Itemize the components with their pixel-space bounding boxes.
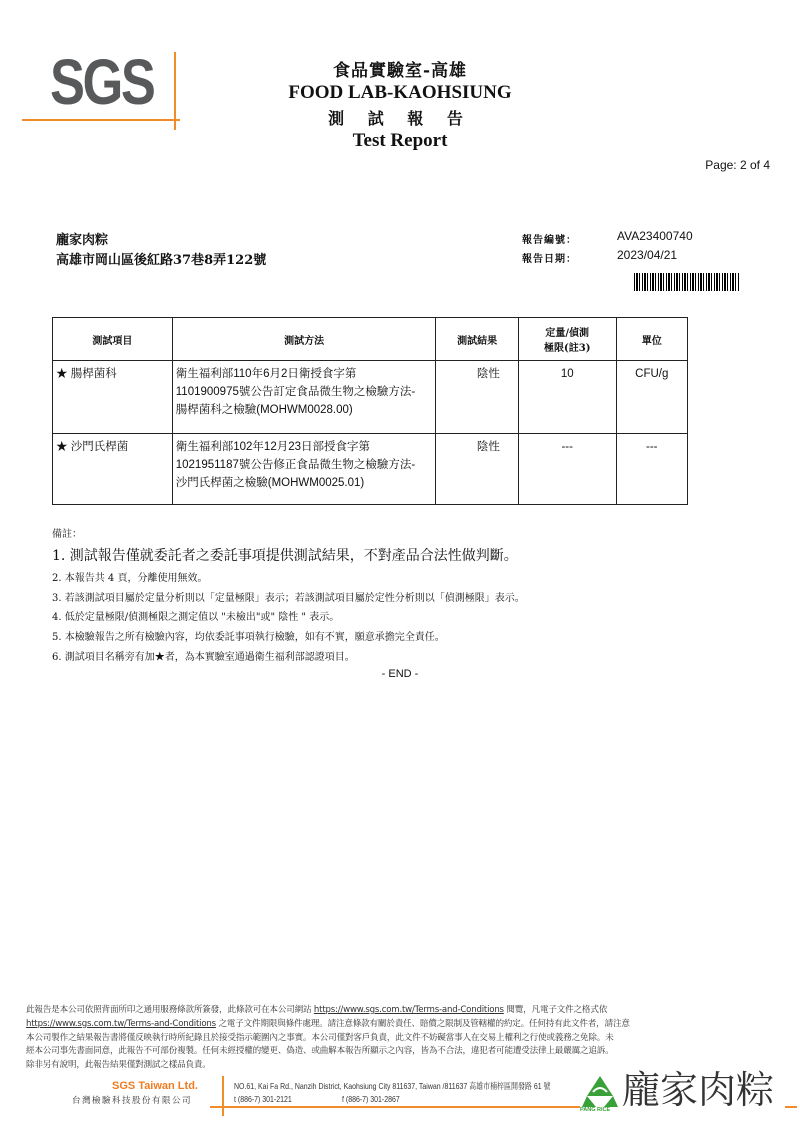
note-3: 3. 若該測試項目屬於定量分析則以「定量極限」表示；若該測試項目屬於定性分析則以… (52, 589, 525, 604)
footer-orange-line (210, 1106, 580, 1108)
note-4: 4. 低於定量極限/偵測極限之測定值以 "未檢出"或" 陰性 " 表示。 (52, 608, 339, 623)
header-test-item: 測試項目 (53, 318, 173, 361)
company-address: NO.61, Kai Fa Rd., Nanzih District, Kaoh… (234, 1080, 551, 1092)
table-header-row: 測試項目 測試方法 測試結果 定量/偵測極限(註3) 單位 (53, 318, 688, 361)
header-limit: 定量/偵測極限(註3) (518, 318, 616, 361)
sgs-logo: SGS (50, 50, 153, 114)
report-no-label: 報告編號： (522, 231, 577, 246)
brand-name: 龐家肉粽 (622, 1068, 774, 1112)
table-row: ★ 腸桿菌科 衛生福利部110年6月2日衛授食字第1101900975號公告訂定… (53, 361, 688, 434)
header-test-method: 測試方法 (172, 318, 436, 361)
client-address: 高雄市岡山區後紅路37巷8弄122號 (56, 249, 266, 268)
report-title-en: Test Report (200, 130, 600, 152)
footer-disclaimer: 此報告是本公司依照背面所印之通用服務條款所簽發，此條款可在本公司網站 https… (26, 1004, 786, 1073)
header-test-result: 測試結果 (436, 318, 519, 361)
cell-method: 衛生福利部110年6月2日衛授食字第1101900975號公告訂定食品微生物之檢… (172, 361, 436, 434)
report-date-label: 報告日期： (522, 250, 577, 265)
company-name-cn: 台灣檢驗科技股份有限公司 (72, 1094, 192, 1106)
client-name: 龐家肉粽 (56, 229, 108, 248)
cell-method: 衛生福利部102年12月23日部授食字第1021951187號公告修正食品微生物… (172, 434, 436, 505)
note-6: 6. 測試項目名稱旁有加★者，為本實驗室通過衛生福利部認證項目。 (52, 648, 355, 663)
barcode (634, 273, 740, 291)
table-row: ★ 沙門氏桿菌 衛生福利部102年12月23日部授食字第1021951187號公… (53, 434, 688, 505)
note-2: 2. 本報告共 4 頁，分離使用無效。 (52, 569, 207, 584)
logo-orange-line (22, 119, 180, 121)
note-5: 5. 本檢驗報告之所有檢驗內容，均依委託事項執行檢驗，如有不實，願意承擔完全責任… (52, 628, 445, 643)
terms-link[interactable]: https://www.sgs.com.tw/Terms-and-Conditi… (314, 1005, 504, 1015)
page-number: Page: 2 of 4 (705, 158, 770, 172)
report-title-cn: 測 試 報 告 (200, 106, 600, 129)
notes-title: 備註： (52, 525, 82, 540)
end-marker: - END - (0, 668, 800, 680)
terms-link-2[interactable]: https://www.sgs.com.tw/Terms-and-Conditi… (26, 1019, 216, 1029)
cell-result: 陰性 (436, 434, 519, 505)
company-fax: f (886-7) 301-2867 (342, 1094, 400, 1104)
company-phone: t (886-7) 301-2121 (234, 1094, 292, 1104)
cell-unit: --- (616, 434, 687, 505)
report-date: 2023/04/21 (617, 248, 677, 262)
report-no: AVA23400740 (617, 229, 693, 243)
footer-orange-line-end (785, 1106, 797, 1108)
lab-name-en: FOOD LAB-KAOHSIUNG (200, 82, 600, 104)
cell-item: ★ 腸桿菌科 (53, 361, 173, 434)
cell-limit: --- (518, 434, 616, 505)
note-1: 1. 測試報告僅就委託者之委託事項提供測試結果，不對產品合法性做判斷。 (52, 545, 518, 565)
footer-orange-vline (222, 1076, 224, 1116)
header-unit: 單位 (616, 318, 687, 361)
lab-name-cn: 食品實驗室-高雄 (200, 56, 600, 81)
cell-unit: CFU/g (616, 361, 687, 434)
cell-item: ★ 沙門氏桿菌 (53, 434, 173, 505)
cell-limit: 10 (518, 361, 616, 434)
brand-sub-label: PANG RICE (580, 1107, 610, 1113)
results-table: 測試項目 測試方法 測試結果 定量/偵測極限(註3) 單位 ★ 腸桿菌科 衛生福… (52, 317, 688, 505)
logo-orange-vline (174, 52, 176, 130)
company-name-en: SGS Taiwan Ltd. (112, 1080, 198, 1092)
cell-result: 陰性 (436, 361, 519, 434)
